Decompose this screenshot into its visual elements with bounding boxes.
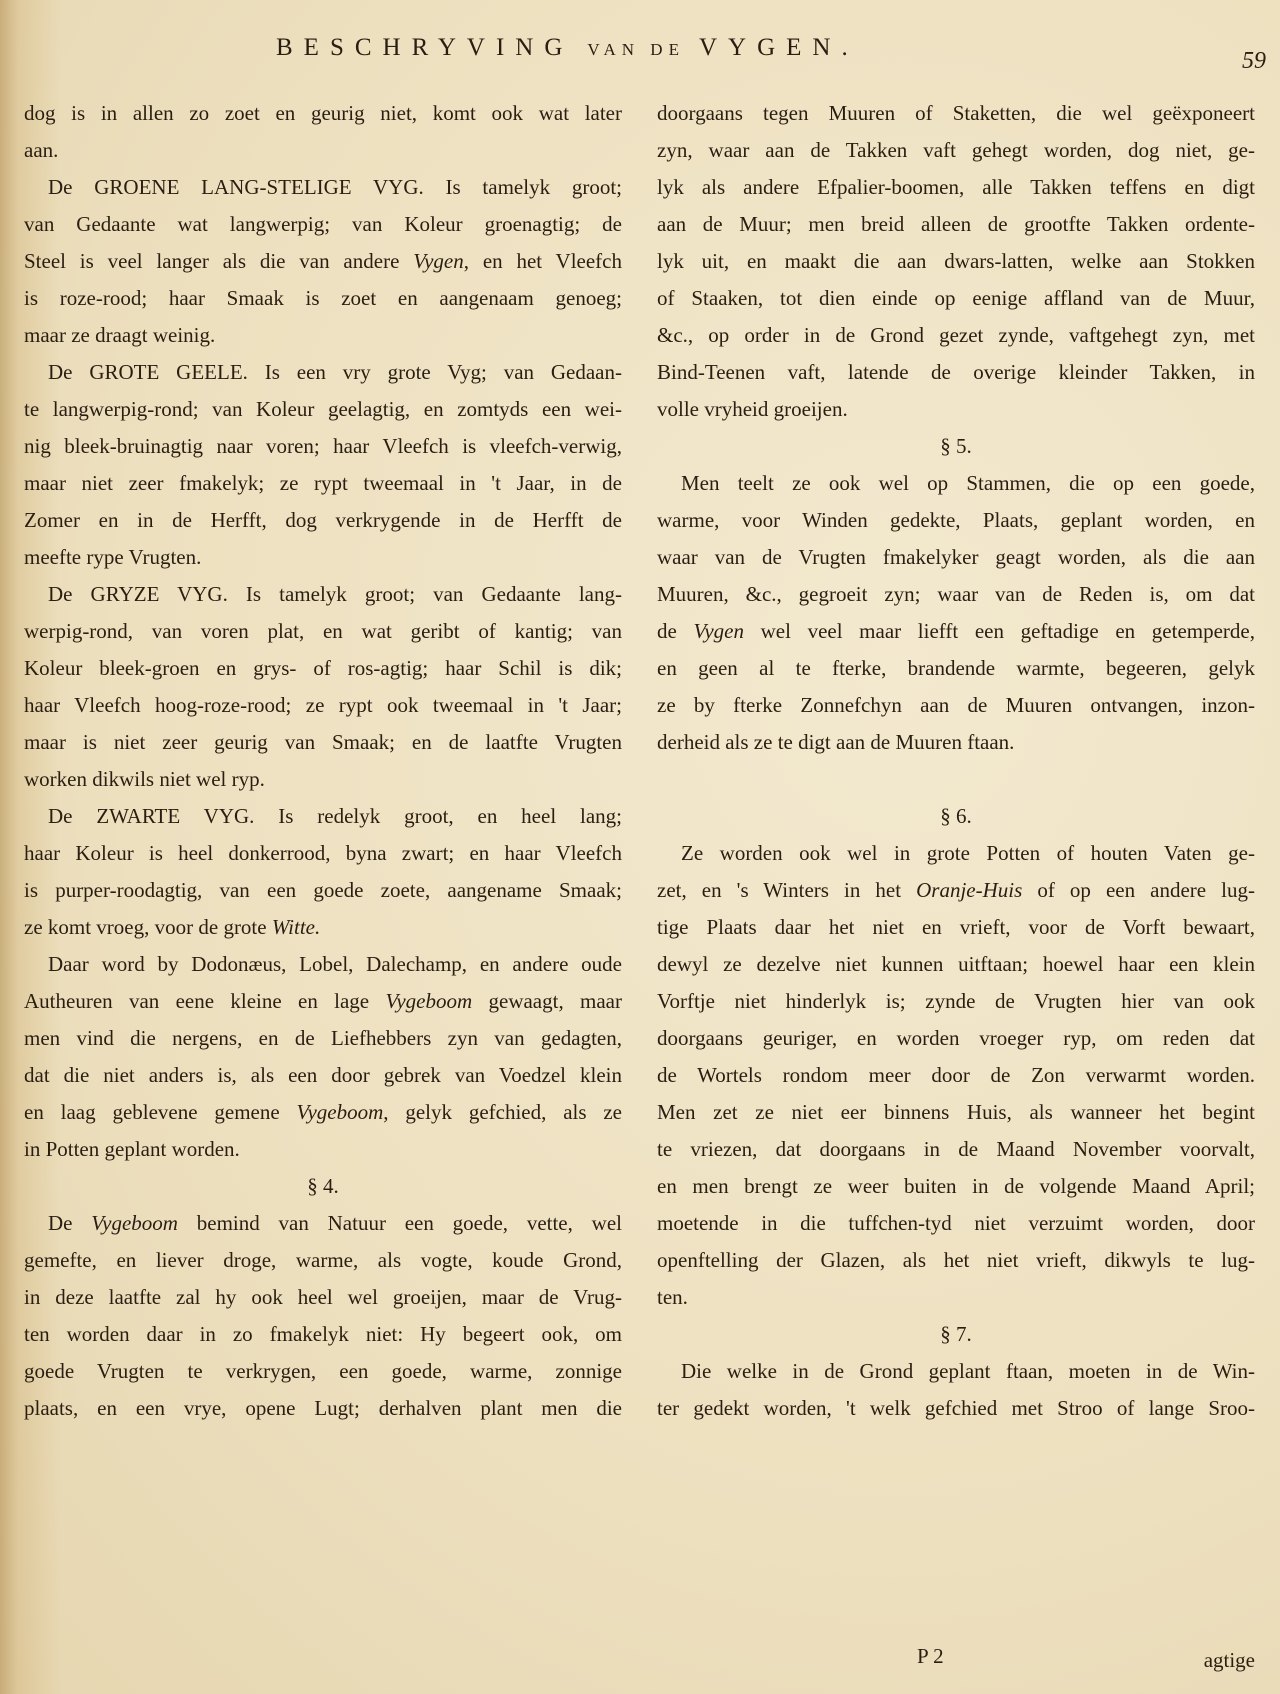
page-number: 59 [1242, 48, 1266, 75]
blank-line [657, 761, 1255, 798]
text-line: goede Vrugten te verkrygen, een goede, w… [24, 1353, 622, 1390]
text-line: dat die niet anders is, als een door geb… [24, 1057, 622, 1094]
text-line: Bind-Teenen vaft, latende de overige kle… [657, 354, 1255, 391]
signature-mark: P 2 [917, 1644, 944, 1669]
paragraph-start-line: Die welke in de Grond geplant ftaan, moe… [657, 1353, 1255, 1390]
text-line: en men brengt ze weer buiten in de volge… [657, 1168, 1255, 1205]
paragraph-start-line: Daar word by Dodonæus, Lobel, Dalechamp,… [24, 946, 622, 983]
text-line: volle vryheid groeijen. [657, 391, 1255, 428]
text-line: openftelling der Glazen, als het niet vr… [657, 1242, 1255, 1279]
text-line: Zomer en in de Herfft, dog verkrygende i… [24, 502, 622, 539]
text-line: derheid als ze te digt aan de Muuren fta… [657, 724, 1255, 761]
text-line: in Potten geplant worden. [24, 1131, 622, 1168]
text-line: Autheuren van eene kleine en lage Vygebo… [24, 983, 622, 1020]
paragraph-start-line: De ZWARTE VYG. Is redelyk groot, en heel… [24, 798, 622, 835]
text-line: te langwerpig-rond; van Koleur geelagtig… [24, 391, 622, 428]
section-heading: § 7. [657, 1316, 1255, 1353]
paragraph-start-line: Ze worden ook wel in grote Potten of hou… [657, 835, 1255, 872]
text-line: aan de Muur; men breid alleen de grootft… [657, 206, 1255, 243]
text-line: haar Koleur is heel donkerrood, byna zwa… [24, 835, 622, 872]
text-line: &c., op order in de Grond gezet zynde, v… [657, 317, 1255, 354]
book-page: BESCHRYVINGVAN DEVYGEN. 59 dog is in all… [0, 0, 1280, 1694]
text-line: is roze-rood; haar Smaak is zoet en aang… [24, 280, 622, 317]
text-line: werpig-rond, van voren plat, en wat geri… [24, 613, 622, 650]
text-line: ter gedekt worden, 't welk gefchied met … [657, 1390, 1255, 1427]
paragraph-start-line: De GROENE LANG-STELIGE VYG. Is tamelyk g… [24, 169, 622, 206]
italic-term: Vygen [693, 619, 744, 643]
paragraph-start-line: Men teelt ze ook wel op Stammen, die op … [657, 465, 1255, 502]
italic-term: Vygeboom [297, 1100, 384, 1124]
text-line: Muuren, &c., gegroeit zyn; waar van de R… [657, 576, 1255, 613]
text-line: de Wortels rondom meer door de Zon verwa… [657, 1057, 1255, 1094]
text-line: is purper-roodagtig, van een goede zoete… [24, 872, 622, 909]
text-line: ten worden daar in zo fmakelyk niet: Hy … [24, 1316, 622, 1353]
right-text-column: doorgaans tegen Muuren of Staketten, die… [657, 95, 1255, 1427]
text-line: dog is in allen zo zoet en geurig niet, … [24, 95, 622, 132]
paragraph-start-line: De GRYZE VYG. Is tamelyk groot; van Geda… [24, 576, 622, 613]
section-heading: § 6. [657, 798, 1255, 835]
running-title: BESCHRYVINGVAN DEVYGEN. [276, 34, 859, 62]
text-line: maar is niet zeer geurig van Smaak; en d… [24, 724, 622, 761]
italic-term: Vygeboom [91, 1211, 178, 1235]
text-line: of Staaken, tot dien einde op eenige aff… [657, 280, 1255, 317]
text-line: dewyl ze dezelve niet kunnen uitftaan; h… [657, 946, 1255, 983]
text-line: doorgaans geuriger, en worden vroeger ry… [657, 1020, 1255, 1057]
italic-term: Vygeboom [385, 989, 472, 1013]
text-line: ze by fterke Zonnefchyn aan de Muuren on… [657, 687, 1255, 724]
text-line: worken dikwils niet wel ryp. [24, 761, 622, 798]
text-line: Steel is veel langer als die van andere … [24, 243, 622, 280]
text-line: waar van de Vrugten fmakelyker geagt wor… [657, 539, 1255, 576]
text-line: plaats, en een vrye, opene Lugt; derhalv… [24, 1390, 622, 1427]
section-heading: § 5. [657, 428, 1255, 465]
text-line: zyn, waar aan de Takken vaft gehegt word… [657, 132, 1255, 169]
text-line: Men zet ze niet eer binnens Huis, als wa… [657, 1094, 1255, 1131]
text-line: Vorftje niet hinderlyk is; zynde de Vrug… [657, 983, 1255, 1020]
text-line: haar Vleefch hoog-roze-rood; ze rypt ook… [24, 687, 622, 724]
text-line: en laag geblevene gemene Vygeboom, gelyk… [24, 1094, 622, 1131]
text-line: lyk als andere Efpalier-boomen, alle Tak… [657, 169, 1255, 206]
text-line: de Vygen wel veel maar liefft een geftad… [657, 613, 1255, 650]
catchword: agtige [1204, 1648, 1255, 1673]
italic-term: Witte. [272, 915, 320, 939]
text-line: ze komt vroeg, voor de grote Witte. [24, 909, 622, 946]
text-line: in deze laatfte zal hy ook heel wel groe… [24, 1279, 622, 1316]
section-heading: § 4. [24, 1168, 622, 1205]
running-title-part2: VAN DE [587, 40, 685, 59]
text-line: maar niet zeer fmakelyk; ze rypt tweemaa… [24, 465, 622, 502]
running-title-part1: BESCHRYVING [276, 34, 573, 61]
text-line: te vriezen, dat doorgaans in de Maand No… [657, 1131, 1255, 1168]
text-line: warme, voor Winden gedekte, Plaats, gepl… [657, 502, 1255, 539]
text-line: zet, en 's Winters in het Oranje-Huis of… [657, 872, 1255, 909]
text-line: aan. [24, 132, 622, 169]
text-line: gemefte, en liever droge, warme, als vog… [24, 1242, 622, 1279]
text-line: tige Plaats daar het niet en vrieft, voo… [657, 909, 1255, 946]
left-text-column: dog is in allen zo zoet en geurig niet, … [24, 95, 622, 1427]
page-header: BESCHRYVINGVAN DEVYGEN. 59 [0, 30, 1280, 70]
running-title-part3: VYGEN. [699, 34, 859, 61]
text-line: nig bleek-bruinagtig naar voren; haar Vl… [24, 428, 622, 465]
text-line: en geen al te fterke, brandende warmte, … [657, 650, 1255, 687]
text-line: ten. [657, 1279, 1255, 1316]
italic-term: Oranje-Huis [916, 878, 1022, 902]
paragraph-start-line: De GROTE GEELE. Is een vry grote Vyg; va… [24, 354, 622, 391]
text-line: doorgaans tegen Muuren of Staketten, die… [657, 95, 1255, 132]
paragraph-start-line: De Vygeboom bemind van Natuur een goede,… [24, 1205, 622, 1242]
italic-term: Vygen [413, 249, 464, 273]
text-line: men vind die nergens, en de Liefhebbers … [24, 1020, 622, 1057]
text-line: meefte rype Vrugten. [24, 539, 622, 576]
text-line: maar ze draagt weinig. [24, 317, 622, 354]
text-line: moetende in die tuffchen-tyd niet verzui… [657, 1205, 1255, 1242]
text-line: Koleur bleek-groen en grys- of ros-agtig… [24, 650, 622, 687]
text-line: van Gedaante wat langwerpig; van Koleur … [24, 206, 622, 243]
text-line: lyk uit, en maakt die aan dwars-latten, … [657, 243, 1255, 280]
